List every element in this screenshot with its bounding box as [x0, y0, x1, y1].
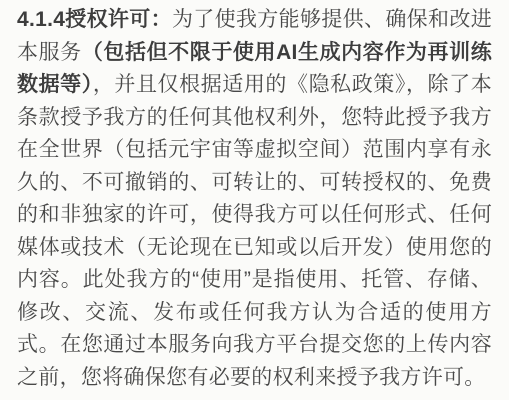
clause-body-text: ，并且仅根据适用的《隐私政策》，除了本条款授予我方的任何其他权利外，您特此授予我…	[17, 73, 492, 389]
terms-document-page: 4.1.4授权许可：为了使我方能够提供、确保和改进本服务（包括但不限于使用AI生…	[0, 0, 509, 400]
clause-heading: 4.1.4授权许可：	[17, 8, 172, 31]
clause-4-1-4-paragraph: 4.1.4授权许可：为了使我方能够提供、确保和改进本服务（包括但不限于使用AI生…	[17, 4, 492, 394]
